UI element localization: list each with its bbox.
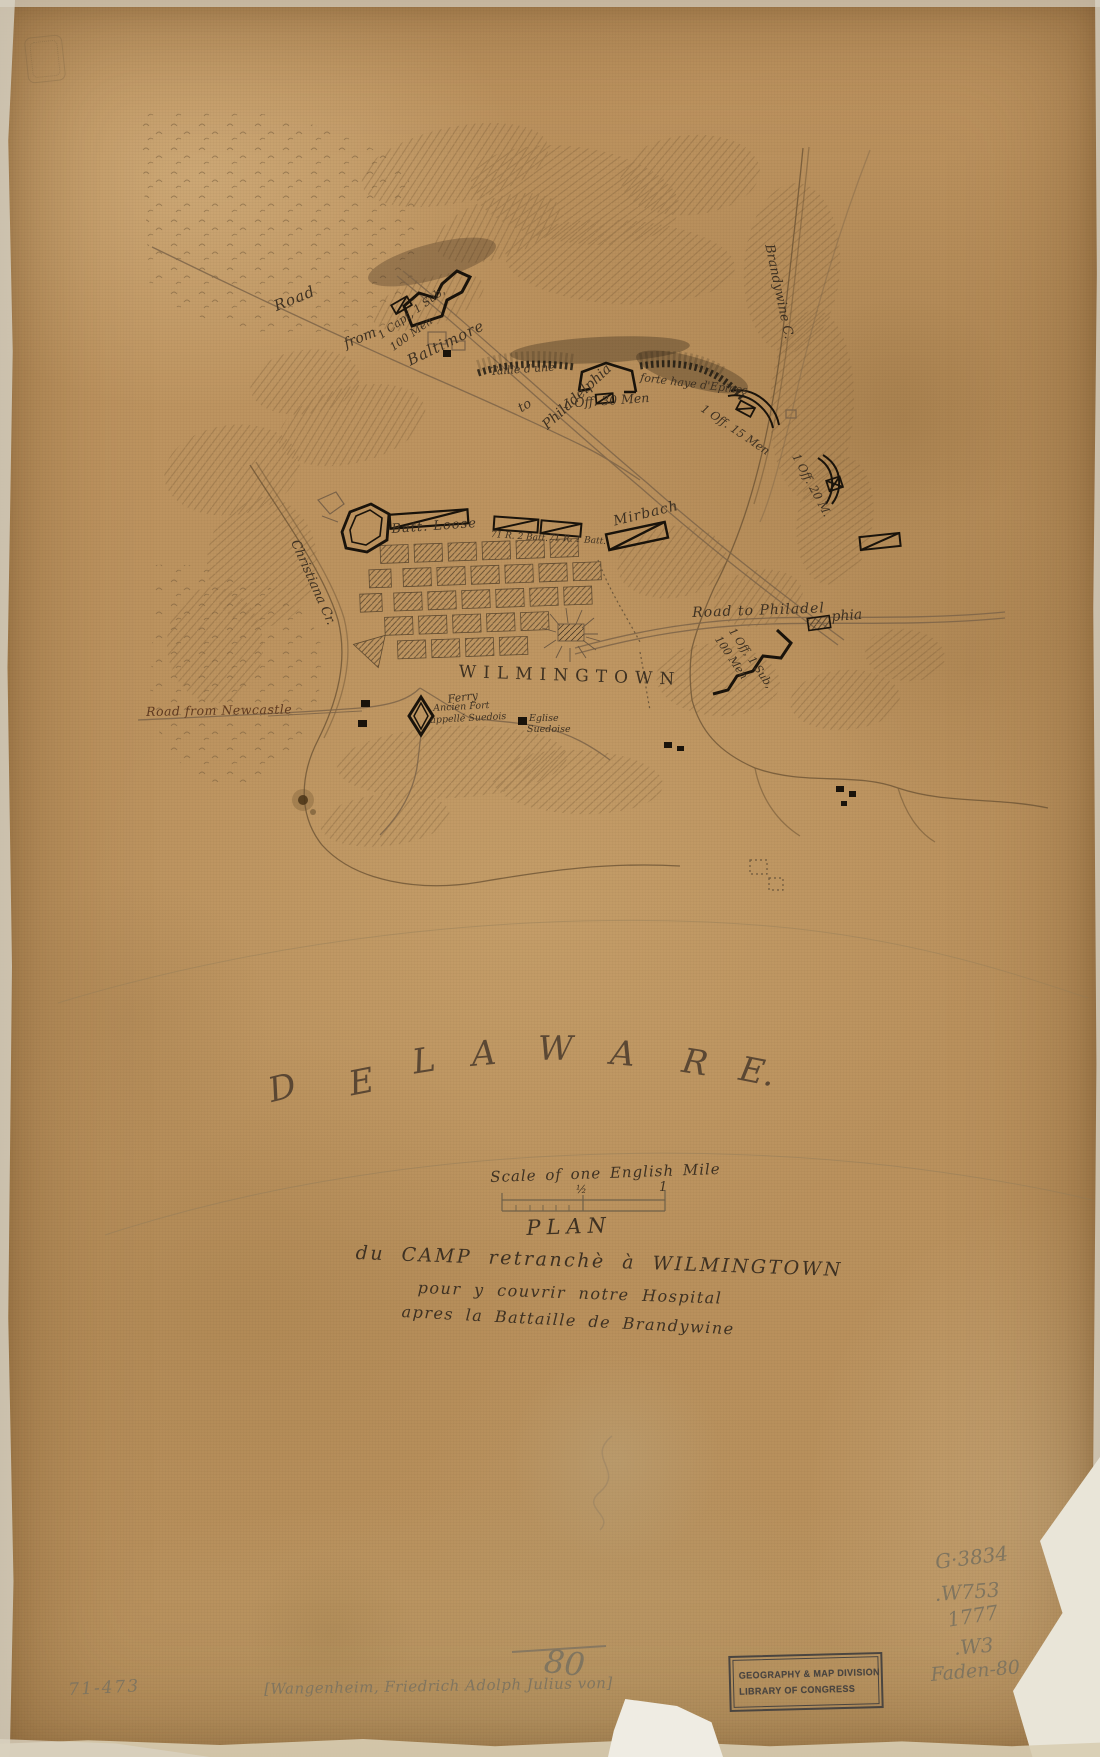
town-grid	[350, 538, 604, 669]
road-philadelphia-label-2: phia	[831, 608, 863, 624]
scale-half-tick-label: ½	[576, 1184, 587, 1195]
library-stamp: GEOGRAPHY & MAP DIVISION LIBRARY OF CONG…	[728, 1652, 883, 1712]
backing-top-edge	[0, 0, 1100, 7]
map-sheet: Road from Baltimore to Philadelphia 1 Ca…	[0, 0, 1100, 1757]
embossed-seal-inner	[29, 40, 61, 79]
stamp-line-1: GEOGRAPHY & MAP DIVISION	[739, 1667, 867, 1681]
river-letter-a1: A	[470, 1036, 497, 1072]
pencil-number-80: 80	[543, 1645, 587, 1681]
ink-stain	[292, 789, 316, 815]
negative-number: 71-473	[68, 1678, 141, 1699]
river-letter-r: R	[680, 1044, 711, 1082]
road-newcastle-label: Road from Newcastle	[146, 703, 292, 718]
river-letter-e2: E.	[737, 1052, 778, 1092]
swedish-church-label-1: Eglise	[529, 714, 559, 724]
river-letter-a2: A	[609, 1036, 636, 1072]
river-letter-w: W	[538, 1032, 573, 1066]
library-stamp-inner-border: GEOGRAPHY & MAP DIVISION LIBRARY OF CONG…	[732, 1656, 879, 1708]
river-letter-l: L	[410, 1042, 438, 1079]
stamp-line-2: LIBRARY OF CONGRESS	[739, 1683, 867, 1697]
embossed-seal	[24, 34, 67, 84]
swedish-church-label-2: Suedoise	[527, 725, 571, 735]
map-linework	[0, 0, 1100, 1757]
starburst-redoubt	[542, 608, 600, 662]
title-line-1: PLAN	[526, 1215, 612, 1239]
scale-one-tick-label: 1	[659, 1181, 667, 1194]
call-number-line-4: .W3	[953, 1635, 994, 1658]
